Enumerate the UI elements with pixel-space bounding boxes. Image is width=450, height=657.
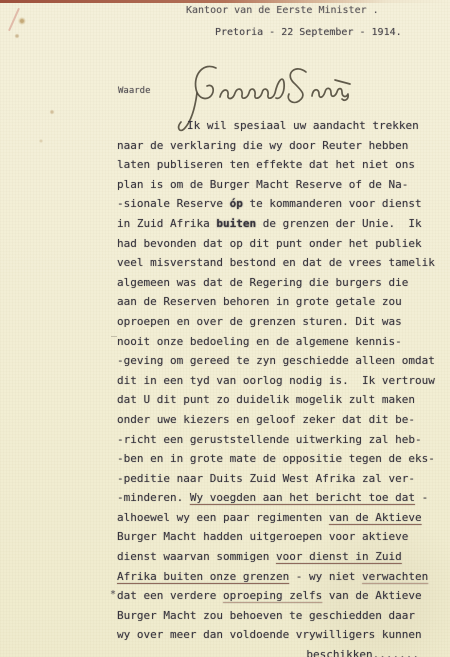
- letter-line: dienst waarvan sommigen voor dienst in Z…: [117, 547, 437, 567]
- letter-line: plan is om de Burger Macht Reserve of de…: [117, 175, 437, 195]
- margin-asterisk: *: [110, 589, 116, 600]
- letter-text-segment: wy over meer dan voldoende vrywilligers …: [117, 628, 422, 641]
- letter-text-segment: plan is om de Burger Macht Reserve of de…: [117, 178, 408, 191]
- letter-text-segment: van de Aktieve: [322, 589, 421, 602]
- letter-text-segment: - wy niet: [289, 570, 362, 583]
- letter-text-segment: -minderen.: [117, 491, 190, 504]
- handwriting-stroke: [288, 69, 306, 103]
- letter-text-segment: in Zuid Afrika: [117, 217, 216, 230]
- letter-line: wy over meer dan voldoende vrywilligers …: [117, 625, 437, 645]
- letter-text-segment: had bevonden dat op dit punt onder het p…: [117, 237, 422, 250]
- letter-line: -peditie naar Duits Zuid West Afrika zal…: [117, 469, 437, 489]
- letter-text-segment: onder uwe kiezers en geloof zeker dat di…: [117, 413, 415, 426]
- letter-line: beschikken.......: [117, 645, 437, 657]
- letter-line: -sionale Reserve óp te kommanderen voor …: [117, 194, 437, 214]
- letter-line: algemeen was dat de Regering die burgers…: [117, 273, 437, 293]
- letter-line: onder uwe kiezers en geloof zeker dat di…: [117, 410, 437, 430]
- top-edge-strip: [0, 0, 450, 3]
- letter-text-segment: dit in een tyd van oorlog nodig is. Ik v…: [117, 374, 435, 387]
- letter-text-segment: oproeping zelfs: [223, 589, 322, 602]
- letter-text-segment: te kommanderen voor dienst: [243, 197, 422, 210]
- salutation-label: Waarde: [118, 86, 151, 96]
- letter-line: Burger Macht zou behoeven te geschiedden…: [117, 606, 437, 626]
- handwriting-stroke: [220, 79, 284, 98]
- letter-text-segment: algemeen was dat de Regering die burgers…: [117, 276, 408, 289]
- letter-text-segment: laten publiseren ten effekte dat het nie…: [117, 158, 415, 171]
- letter-text-segment: oproepen en over de grenzen sturen. Dit …: [117, 315, 402, 328]
- letter-line: dat een verdere oproeping zelfs van de A…: [117, 586, 437, 606]
- handwriting-stroke: [312, 88, 348, 100]
- letter-text-segment: -richt een geruststellende uitwerking za…: [117, 433, 422, 446]
- letter-line: dat U dit punt zo duidelik mogelik zult …: [117, 390, 437, 410]
- letter-line: -geving om gereed te zyn geschiedde alle…: [117, 351, 437, 371]
- letter-line: -ben en in grote mate de oppositie tegen…: [117, 449, 437, 469]
- letter-line: -minderen. Wy voegden aan het bericht to…: [117, 488, 437, 508]
- letter-line: alhoewel wy een paar regimenten van de A…: [117, 508, 437, 528]
- letter-text-segment: Afrika buiten onze grenzen: [117, 570, 289, 583]
- letter-text-segment: nooit onze bedoeling en de algemene kenn…: [117, 335, 402, 348]
- letter-text-segment: Ik wil spesiaal uw aandacht trekken: [187, 119, 419, 132]
- letter-text-segment: Wy voegden aan het bericht toe dat: [190, 491, 415, 504]
- paper-stain: [8, 8, 20, 32]
- letter-text-segment: Burger Macht zou behoeven te geschiedden…: [117, 609, 415, 622]
- letter-text-segment: dat een verdere: [117, 589, 223, 602]
- letter-line: nooit onze bedoeling en de algemene kenn…: [117, 332, 437, 352]
- letter-text-segment: dienst waarvan sommigen: [117, 550, 276, 563]
- letter-text-segment: beschikken.......: [306, 648, 419, 657]
- letter-line: Ik wil spesiaal uw aandacht trekken: [117, 116, 437, 136]
- letter-text-segment: naar de verklaring die wy door Reuter he…: [117, 139, 408, 152]
- letter-line: -richt een geruststellende uitwerking za…: [117, 430, 437, 450]
- letter-text-segment: alhoewel wy een paar regimenten: [117, 511, 329, 524]
- letter-text-segment: verwachten: [362, 570, 428, 583]
- letter-line: had bevonden dat op dit punt onder het p…: [117, 234, 437, 254]
- letterhead-office: Kantoor van de Eerste Minister .: [186, 5, 379, 16]
- letter-text-segment: de grenzen der Unie. Ik: [256, 217, 422, 230]
- letterhead-dateline: Pretoria - 22 September - 1914.: [215, 27, 402, 38]
- letter-text-segment: -sionale Reserve: [117, 197, 230, 210]
- letter-text-segment: -geving om gereed te zyn geschiedde alle…: [117, 354, 435, 367]
- letter-line: Burger Macht hadden uitgeroepen voor akt…: [117, 527, 437, 547]
- letter-text-segment: veel misverstand bestond en dat de vrees…: [117, 256, 435, 269]
- letter-line: laten publiseren ten effekte dat het nie…: [117, 155, 437, 175]
- letter-text-segment: óp: [230, 197, 243, 210]
- letter-text-segment: -: [415, 491, 428, 504]
- letter-text-segment: -peditie naar Duits Zuid West Afrika zal…: [117, 472, 415, 485]
- handwriting-stroke: [196, 66, 216, 98]
- letter-text-segment: dat U dit punt zo duidelik mogelik zult …: [117, 393, 415, 406]
- letter-line: veel misverstand bestond en dat de vrees…: [117, 253, 437, 273]
- letter-text-segment: voor dienst in Zuid: [276, 550, 402, 563]
- letter-line: aan de Reserven behoren in grote getale …: [117, 292, 437, 312]
- letter-line: dit in een tyd van oorlog nodig is. Ik v…: [117, 371, 437, 391]
- letter-line: in Zuid Afrika buiten de grenzen der Uni…: [117, 214, 437, 234]
- letter-page: Kantoor van de Eerste Minister . Pretori…: [0, 0, 450, 657]
- margin-pencil-mark: [111, 336, 117, 337]
- letter-text-segment: -ben en in grote mate de oppositie tegen…: [117, 452, 435, 465]
- letter-line: naar de verklaring die wy door Reuter he…: [117, 136, 437, 156]
- letter-text-segment: aan de Reserven behoren in grote getale …: [117, 295, 402, 308]
- handwriting-stroke: [335, 80, 350, 84]
- letter-text-segment: buiten: [216, 217, 256, 230]
- letter-body: Ik wil spesiaal uw aandacht trekkennaar …: [117, 116, 437, 657]
- letter-text-segment: van de Aktieve: [329, 511, 422, 524]
- letter-line: oproepen en over de grenzen sturen. Dit …: [117, 312, 437, 332]
- letter-text-segment: Burger Macht hadden uitgeroepen voor akt…: [117, 530, 408, 543]
- letter-line: Afrika buiten onze grenzen - wy niet ver…: [117, 567, 437, 587]
